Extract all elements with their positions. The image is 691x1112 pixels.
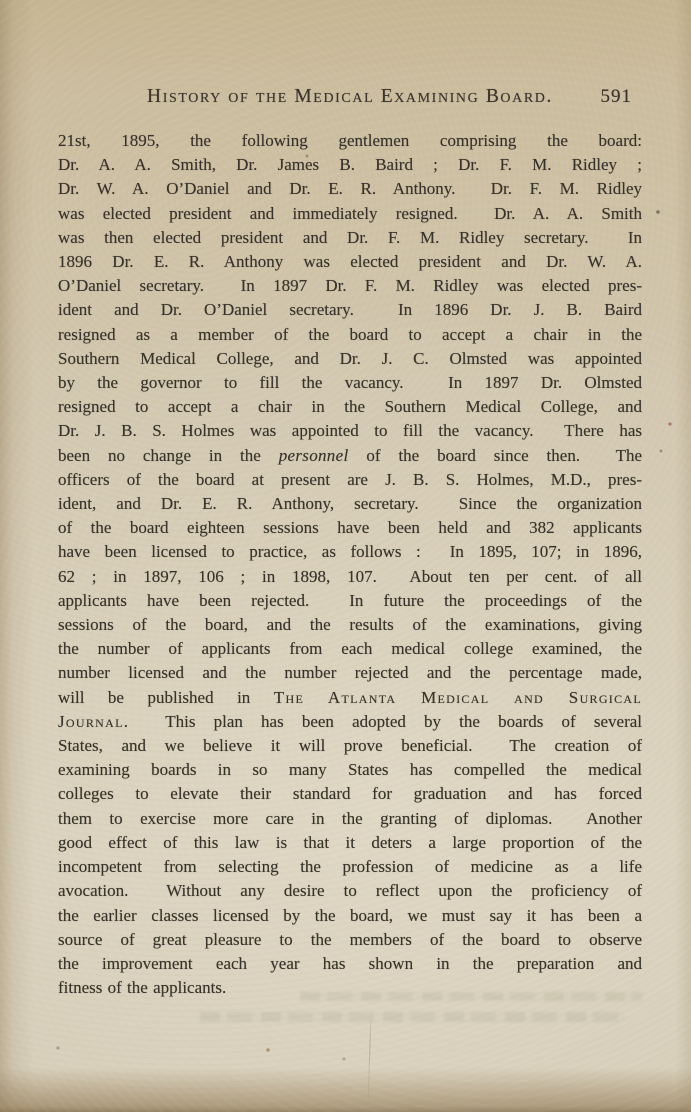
text-line: of the board eighteen sessions have been… (58, 516, 642, 540)
text-line: was then elected president and Dr. F. M.… (58, 226, 642, 250)
text-line: the number of applicants from each medic… (58, 637, 642, 661)
body-text: by the governor to fill the vacancy. In … (58, 373, 642, 392)
page-body: 21st, 1895, the following gentlemen comp… (58, 129, 642, 1000)
text-line: Dr. W. A. O’Daniel and Dr. E. R. Anthony… (58, 177, 642, 201)
body-text: sessions of the board, and the results o… (58, 615, 642, 634)
smallcaps-text: The Atlanta Medical and Surgical (274, 688, 642, 707)
body-text: 21st, 1895, the following gentlemen comp… (58, 131, 642, 150)
text-line: Dr. J. B. S. Holmes was appointed to fil… (58, 419, 642, 443)
body-text: incompetent from selecting the professio… (58, 857, 642, 876)
italic-text: personnel (279, 446, 349, 465)
text-line: source of great pleasure to the members … (58, 928, 642, 952)
text-line: good effect of this law is that it deter… (58, 831, 642, 855)
text-line: been no change in the personnel of the b… (58, 444, 642, 468)
text-line: the earlier classes licensed by the boar… (58, 904, 642, 928)
body-text: O’Daniel secretary. In 1897 Dr. F. M. Ri… (58, 276, 642, 295)
text-line: ident and Dr. O’Daniel secretary. In 189… (58, 298, 642, 322)
body-text: been no change in the (58, 446, 279, 465)
page-header: History of the Medical Examining Board. … (58, 86, 642, 112)
text-line: by the governor to fill the vacancy. In … (58, 371, 642, 395)
text-line: them to exercise more care in the granti… (58, 807, 642, 831)
text-line: Southern Medical College, and Dr. J. C. … (58, 347, 642, 371)
text-line: 1896 Dr. E. R. Anthony was elected presi… (58, 250, 642, 274)
body-text: applicants have been rejected. In future… (58, 591, 642, 610)
body-text: the earlier classes licensed by the boar… (58, 906, 642, 925)
body-text: resigned to accept a chair in the Southe… (58, 397, 642, 416)
body-text: States, and we believe it will prove ben… (58, 736, 642, 755)
text-line: O’Daniel secretary. In 1897 Dr. F. M. Ri… (58, 274, 642, 298)
text-line: 62 ; in 1897, 106 ; in 1898, 107. About … (58, 565, 642, 589)
text-line: 21st, 1895, the following gentlemen comp… (58, 129, 642, 153)
body-text: Southern Medical College, and Dr. J. C. … (58, 349, 642, 368)
text-line: Journal. This plan has been adopted by t… (58, 710, 642, 734)
text-line: ident, and Dr. E. R. Anthony, secretary.… (58, 492, 642, 516)
body-text: good effect of this law is that it deter… (58, 833, 642, 852)
body-text: ident, and Dr. E. R. Anthony, secretary.… (58, 494, 642, 513)
body-text: Dr. W. A. O’Daniel and Dr. E. R. Anthony… (58, 179, 642, 198)
body-text: 62 ; in 1897, 106 ; in 1898, 107. About … (58, 567, 642, 586)
text-line: Dr. A. A. Smith, Dr. James B. Baird ; Dr… (58, 153, 642, 177)
text-line: sessions of the board, and the results o… (58, 613, 642, 637)
running-title: History of the Medical Examining Board. (58, 86, 642, 108)
text-line: States, and we believe it will prove ben… (58, 734, 642, 758)
text-line: incompetent from selecting the professio… (58, 855, 642, 879)
body-text: fitness of the applicants. (58, 978, 226, 997)
body-text: number licensed and the number rejected … (58, 663, 642, 682)
body-text: Dr. A. A. Smith, Dr. James B. Baird ; Dr… (58, 155, 642, 174)
text-line: examining boards in so many States has c… (58, 758, 642, 782)
text-line: officers of the board at present are J. … (58, 468, 642, 492)
body-text: colleges to elevate their standard for g… (58, 784, 642, 803)
paper-crease (367, 1010, 371, 1108)
ink-bleedthrough (200, 1012, 624, 1022)
body-text: source of great pleasure to the members … (58, 930, 642, 949)
page-number: 591 (601, 86, 633, 108)
text-line: avocation. Without any desire to reflect… (58, 879, 642, 903)
text-line: the improvement each year has shown in t… (58, 952, 642, 976)
paper-specks (0, 0, 2, 2)
body-text: the improvement each year has shown in t… (58, 954, 642, 973)
smallcaps-text: Journal. (58, 712, 129, 731)
body-text: them to exercise more care in the granti… (58, 809, 642, 828)
text-line: was elected president and immediately re… (58, 202, 642, 226)
body-text: avocation. Without any desire to reflect… (58, 881, 642, 900)
text-line: will be published in The Atlanta Medical… (58, 686, 642, 710)
body-text: of the board since then. The (348, 446, 642, 465)
text-line: resigned as a member of the board to acc… (58, 323, 642, 347)
body-text: of the board eighteen sessions have been… (58, 518, 642, 537)
text-line: resigned to accept a chair in the Southe… (58, 395, 642, 419)
body-text: ident and Dr. O’Daniel secretary. In 189… (58, 300, 642, 319)
text-line: have been licensed to practice, as follo… (58, 540, 642, 564)
text-line: number licensed and the number rejected … (58, 661, 642, 685)
body-text: officers of the board at present are J. … (58, 470, 642, 489)
body-text: have been licensed to practice, as follo… (58, 542, 642, 561)
body-text: Dr. J. B. S. Holmes was appointed to fil… (58, 421, 642, 440)
body-text: was elected president and immediately re… (58, 204, 642, 223)
body-text: was then elected president and Dr. F. M.… (58, 228, 642, 247)
text-line: fitness of the applicants. (58, 976, 642, 1000)
body-text: examining boards in so many States has c… (58, 760, 642, 779)
book-page: History of the Medical Examining Board. … (0, 0, 691, 1112)
body-text: This plan has been adopted by the boards… (129, 712, 642, 731)
body-text: will be published in (58, 688, 274, 707)
body-text: the number of applicants from each medic… (58, 639, 642, 658)
text-line: applicants have been rejected. In future… (58, 589, 642, 613)
body-text: resigned as a member of the board to acc… (58, 325, 642, 344)
text-line: colleges to elevate their standard for g… (58, 782, 642, 806)
body-text: 1896 Dr. E. R. Anthony was elected presi… (58, 252, 642, 271)
